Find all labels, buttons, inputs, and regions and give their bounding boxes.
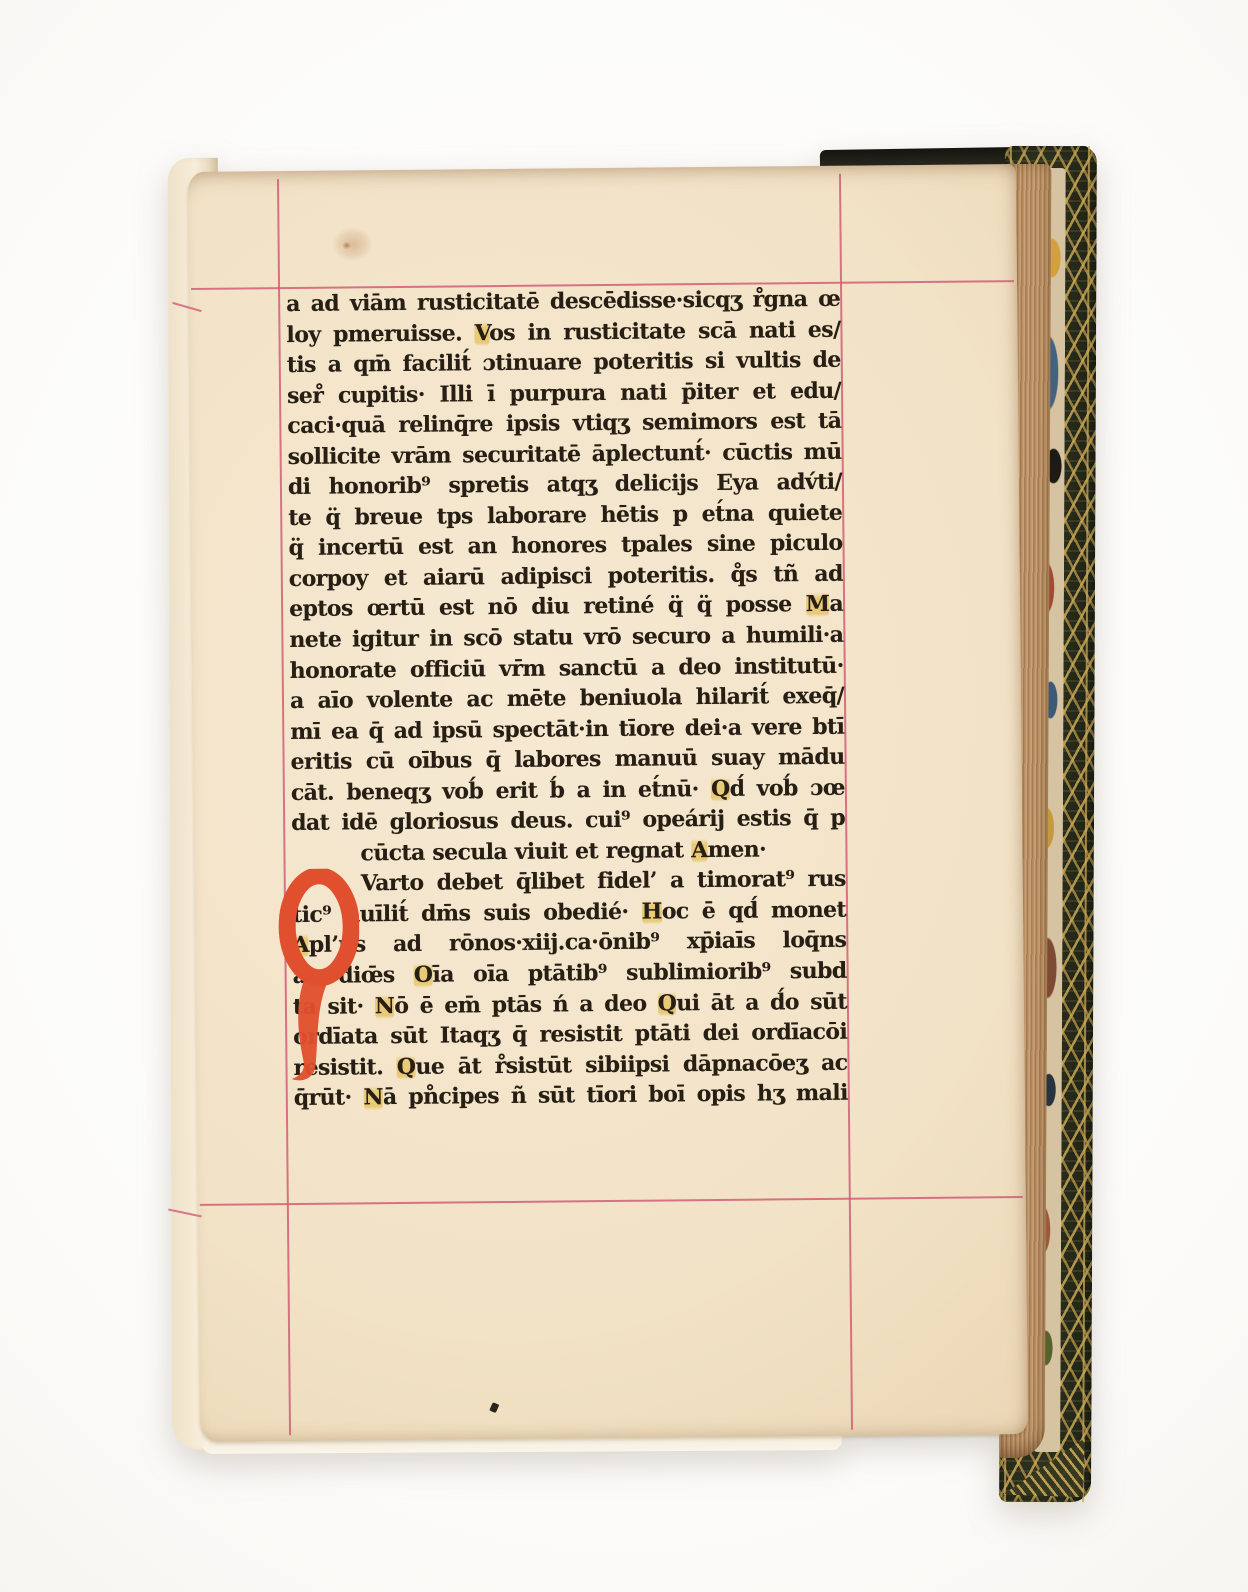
yellow-touched-capital: N bbox=[363, 1084, 383, 1110]
yellow-touched-capital: O bbox=[414, 962, 433, 988]
yellow-touched-capital: Q bbox=[711, 776, 730, 802]
yellow-touched-capital: H bbox=[641, 898, 661, 924]
text-line: di honorib⁹ spretis atqʒ delicijs Eya ad… bbox=[288, 467, 842, 503]
yellow-touched-capital: M bbox=[806, 591, 830, 617]
yellow-touched-capital: N bbox=[375, 993, 395, 1019]
ruling-line-bottom bbox=[200, 1196, 1023, 1206]
page: a ad viām rusticitatē descēdisse·sicqʒ r… bbox=[188, 164, 1028, 1442]
text-line: ordīata sūt Itaqʒ q̄ resistit ptāti dei … bbox=[293, 1017, 847, 1053]
text-line: a ad viām rusticitatē descēdisse·sicqʒ r… bbox=[286, 284, 840, 320]
text-line: tis a qm̄ facilit́ ɔtinuare poteritis si… bbox=[287, 345, 841, 381]
stain-dot bbox=[341, 240, 353, 250]
yellow-touched-capital: Q bbox=[658, 990, 677, 1016]
text-line: eritis cū oībus q̄ labores manuū suay mā… bbox=[290, 742, 844, 778]
yellow-touched-capital: V bbox=[475, 320, 490, 346]
yellow-touched-capital: Q bbox=[397, 1054, 416, 1080]
text-line: ac diœ̄s Oīa oīa ptātib⁹ sublimiorib⁹ su… bbox=[293, 956, 847, 992]
yellow-touched-capital: A bbox=[691, 837, 708, 863]
text-line: nete igitur in scō statu vrō securo a hu… bbox=[289, 620, 843, 656]
text-line: q̄rūt· Nā pn̊cipes ñ sūt tīori boī opis … bbox=[294, 1078, 848, 1114]
text-block: a ad viām rusticitatē descēdisse·sicqʒ r… bbox=[286, 284, 848, 1114]
photo-stage: a ad viām rusticitatē descēdisse·sicqʒ r… bbox=[0, 0, 1248, 1592]
book: a ad viām rusticitatē descēdisse·sicqʒ r… bbox=[0, 0, 1248, 1592]
rubricated-initial-q bbox=[273, 868, 361, 1084]
ink-speck bbox=[489, 1402, 499, 1413]
text-line: caci·quā relinq̄re ipsis vtiqʒ semimors … bbox=[287, 406, 841, 442]
text-line: a aīo volente ac mēte beniuola hilarit́ … bbox=[290, 681, 844, 717]
